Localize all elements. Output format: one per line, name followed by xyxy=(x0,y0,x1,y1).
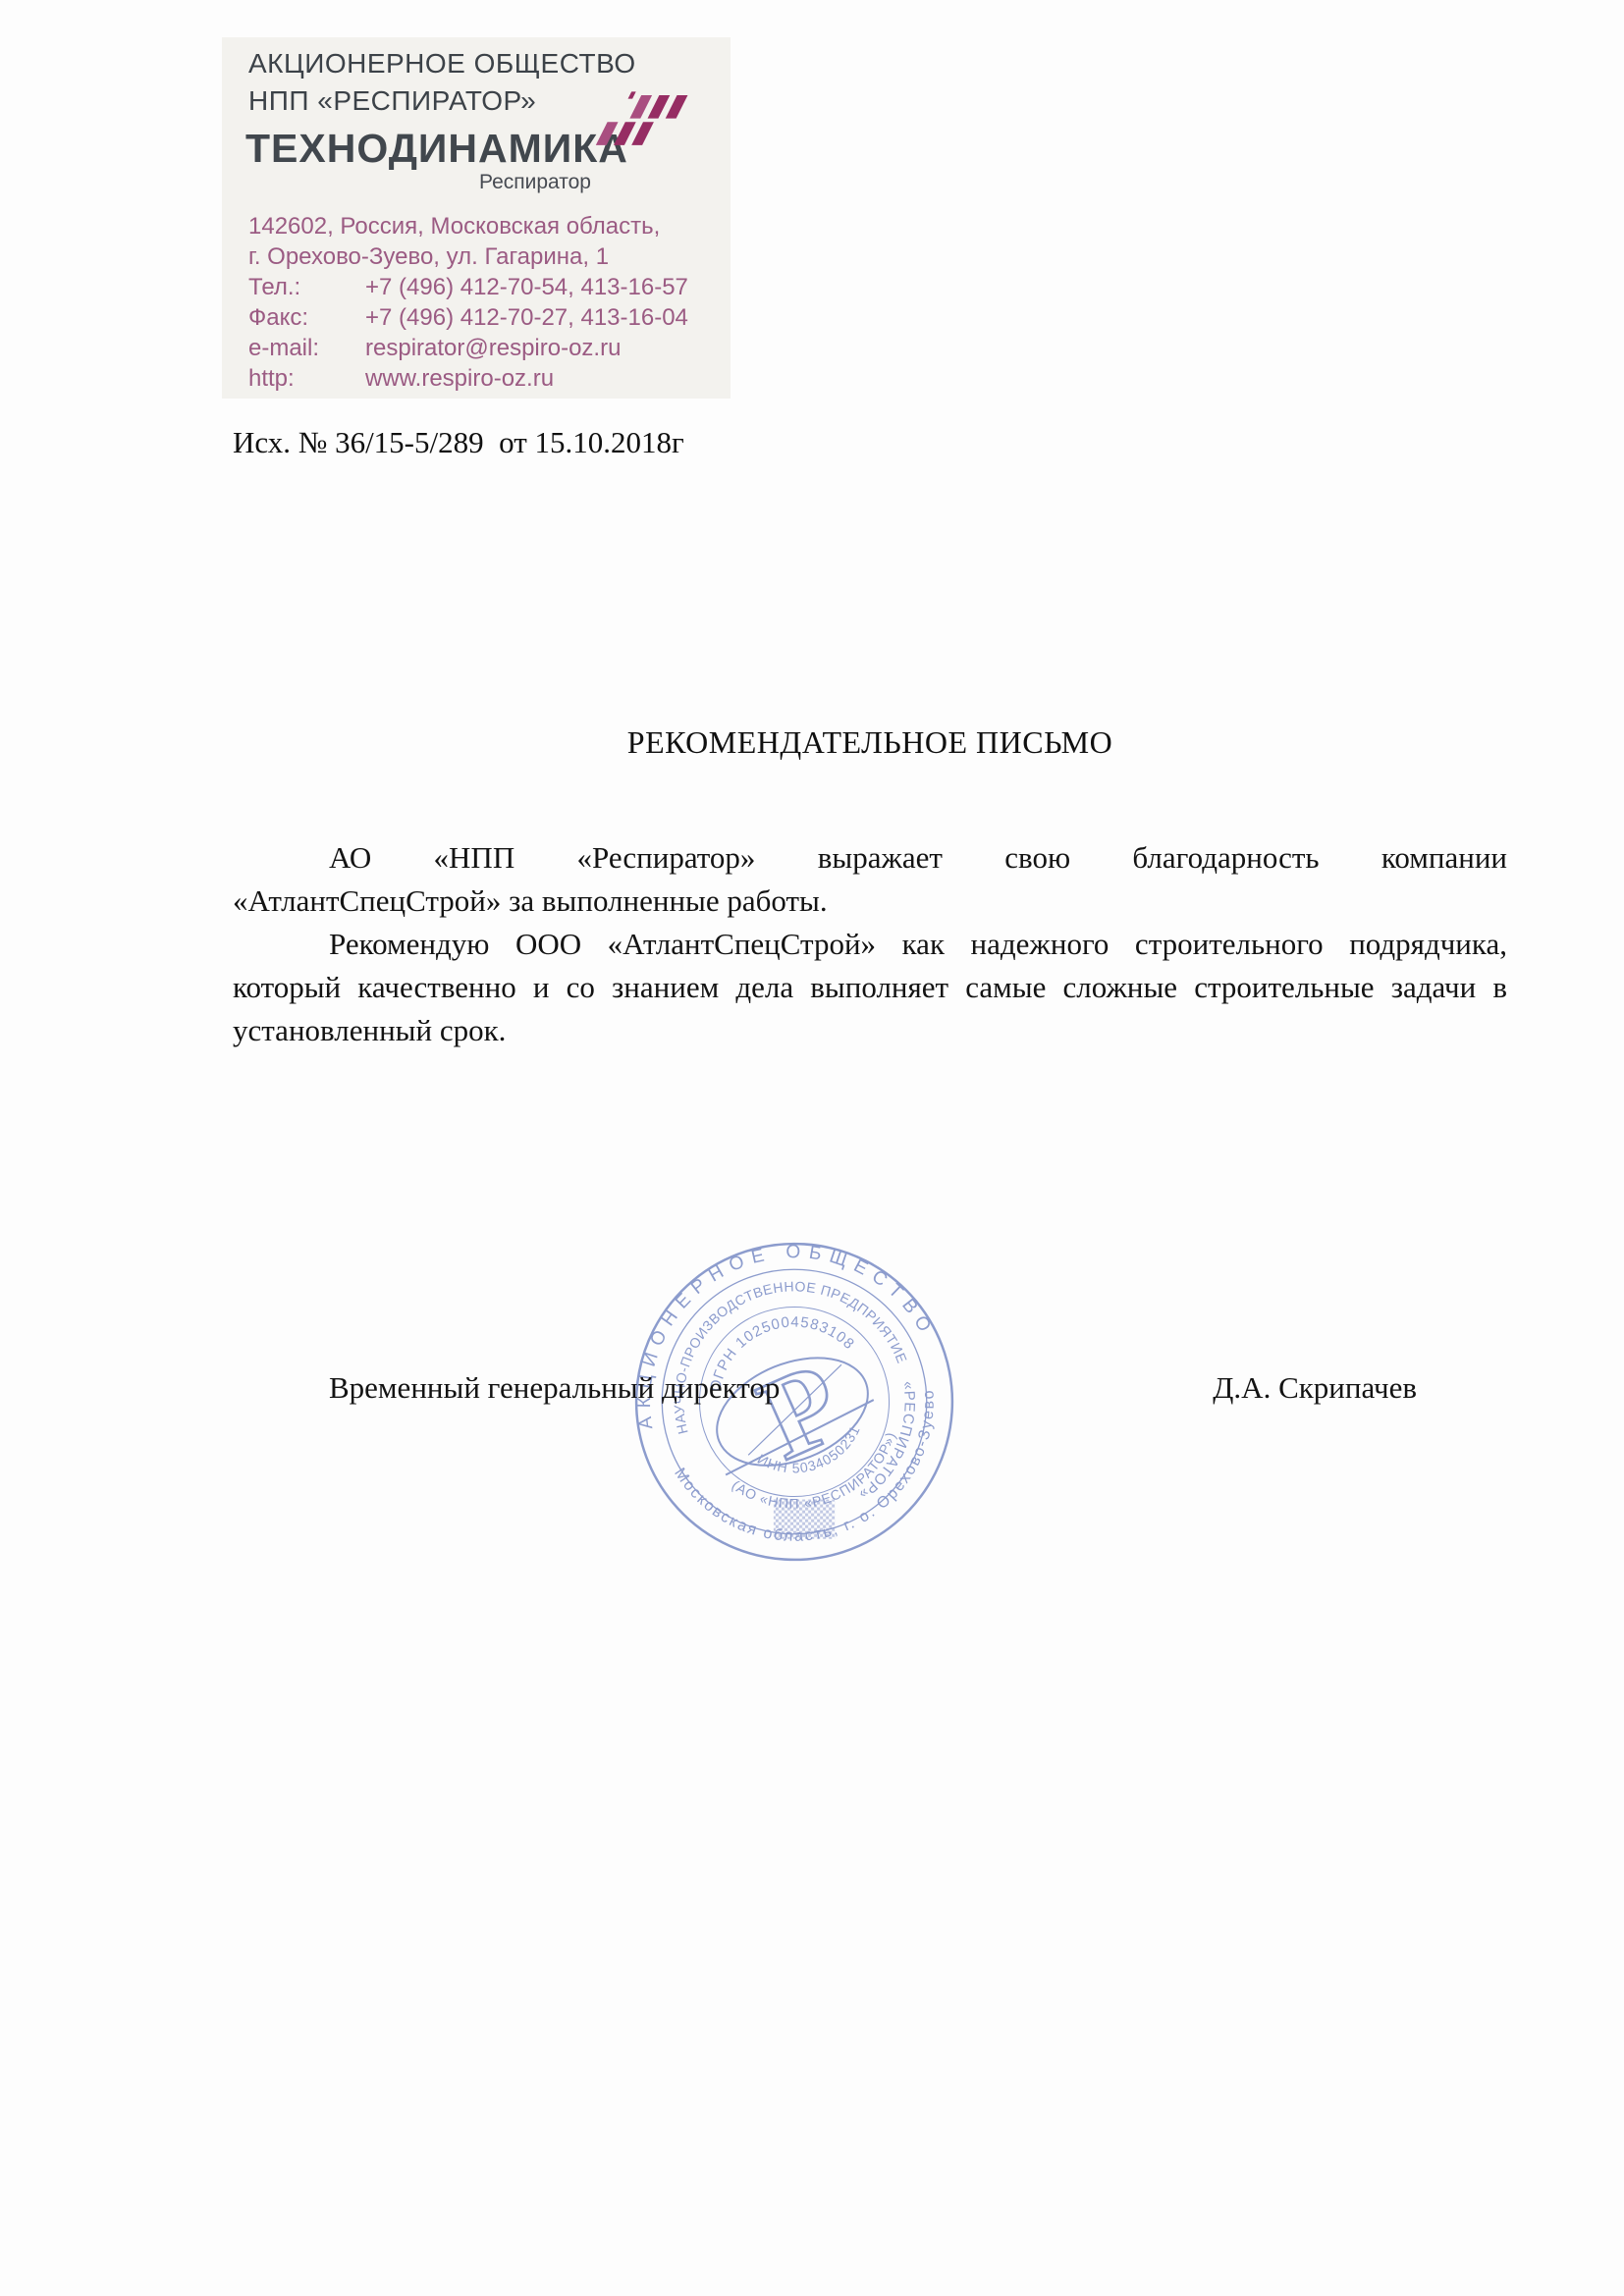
body-line: который качественно и со знанием дела вы… xyxy=(233,966,1507,1009)
letter-title: РЕКОМЕНДАТЕЛЬНОЕ ПИСЬМО xyxy=(233,724,1507,761)
org-line-2: НПП «РЕСПИРАТОР» xyxy=(248,82,636,120)
stamp-halftone-patch xyxy=(774,1500,835,1539)
letter-page: АКЦИОНЕРНОЕ ОБЩЕСТВО НПП «РЕСПИРАТОР» ТЕ… xyxy=(0,0,1624,2296)
contact-rows: Тел.:+7 (496) 412-70-54, 413-16-57Факс:+… xyxy=(248,272,688,394)
signer-position: Временный генеральный директор xyxy=(329,1366,780,1410)
address-line-2: г. Орехово-Зуево, ул. Гагарина, 1 xyxy=(248,241,660,272)
body-line: установленный срок. xyxy=(233,1009,1507,1052)
letter-body: АО «НПП «Респиратор» выражает свою благо… xyxy=(233,836,1507,1052)
signature-row: Временный генеральный директор Д.А. Скри… xyxy=(233,1366,1507,1410)
contact-label: Тел.: xyxy=(248,272,365,302)
contact-label: Факс: xyxy=(248,302,365,333)
outgoing-reference-line: Исх. № 36/15-5/289 от 15.10.2018г xyxy=(233,425,684,460)
contact-value: www.respiro-oz.ru xyxy=(365,363,554,394)
body-line: Рекомендую ООО «АтлантСпецСтрой» как над… xyxy=(233,923,1507,966)
contact-value: respirator@respiro-oz.ru xyxy=(365,333,621,363)
body-line: «АтлантСпецСтрой» за выполненные работы. xyxy=(233,880,1507,923)
contact-row: e-mail:respirator@respiro-oz.ru xyxy=(248,333,688,363)
contact-value: +7 (496) 412-70-27, 413-16-04 xyxy=(365,302,688,333)
contact-value: +7 (496) 412-70-54, 413-16-57 xyxy=(365,272,688,302)
letterhead-org-name: АКЦИОНЕРНОЕ ОБЩЕСТВО НПП «РЕСПИРАТОР» xyxy=(248,45,636,120)
org-line-1: АКЦИОНЕРНОЕ ОБЩЕСТВО xyxy=(248,45,636,82)
contact-row: Тел.:+7 (496) 412-70-54, 413-16-57 xyxy=(248,272,688,302)
body-line: АО «НПП «Респиратор» выражает свою благо… xyxy=(233,836,1507,880)
brand-subtitle: Респиратор xyxy=(412,171,591,194)
letterhead-address: 142602, Россия, Московская область, г. О… xyxy=(248,211,660,272)
contact-label: e-mail: xyxy=(248,333,365,363)
contact-label: http: xyxy=(248,363,365,394)
address-line-1: 142602, Россия, Московская область, xyxy=(248,211,660,241)
signer-name: Д.А. Скрипачев xyxy=(1213,1366,1417,1410)
contact-row: http:www.respiro-oz.ru xyxy=(248,363,688,394)
brand-name: ТЕХНОДИНАМИКА xyxy=(245,126,628,172)
technodinamika-logo-icon xyxy=(594,90,692,169)
contact-row: Факс:+7 (496) 412-70-27, 413-16-04 xyxy=(248,302,688,333)
